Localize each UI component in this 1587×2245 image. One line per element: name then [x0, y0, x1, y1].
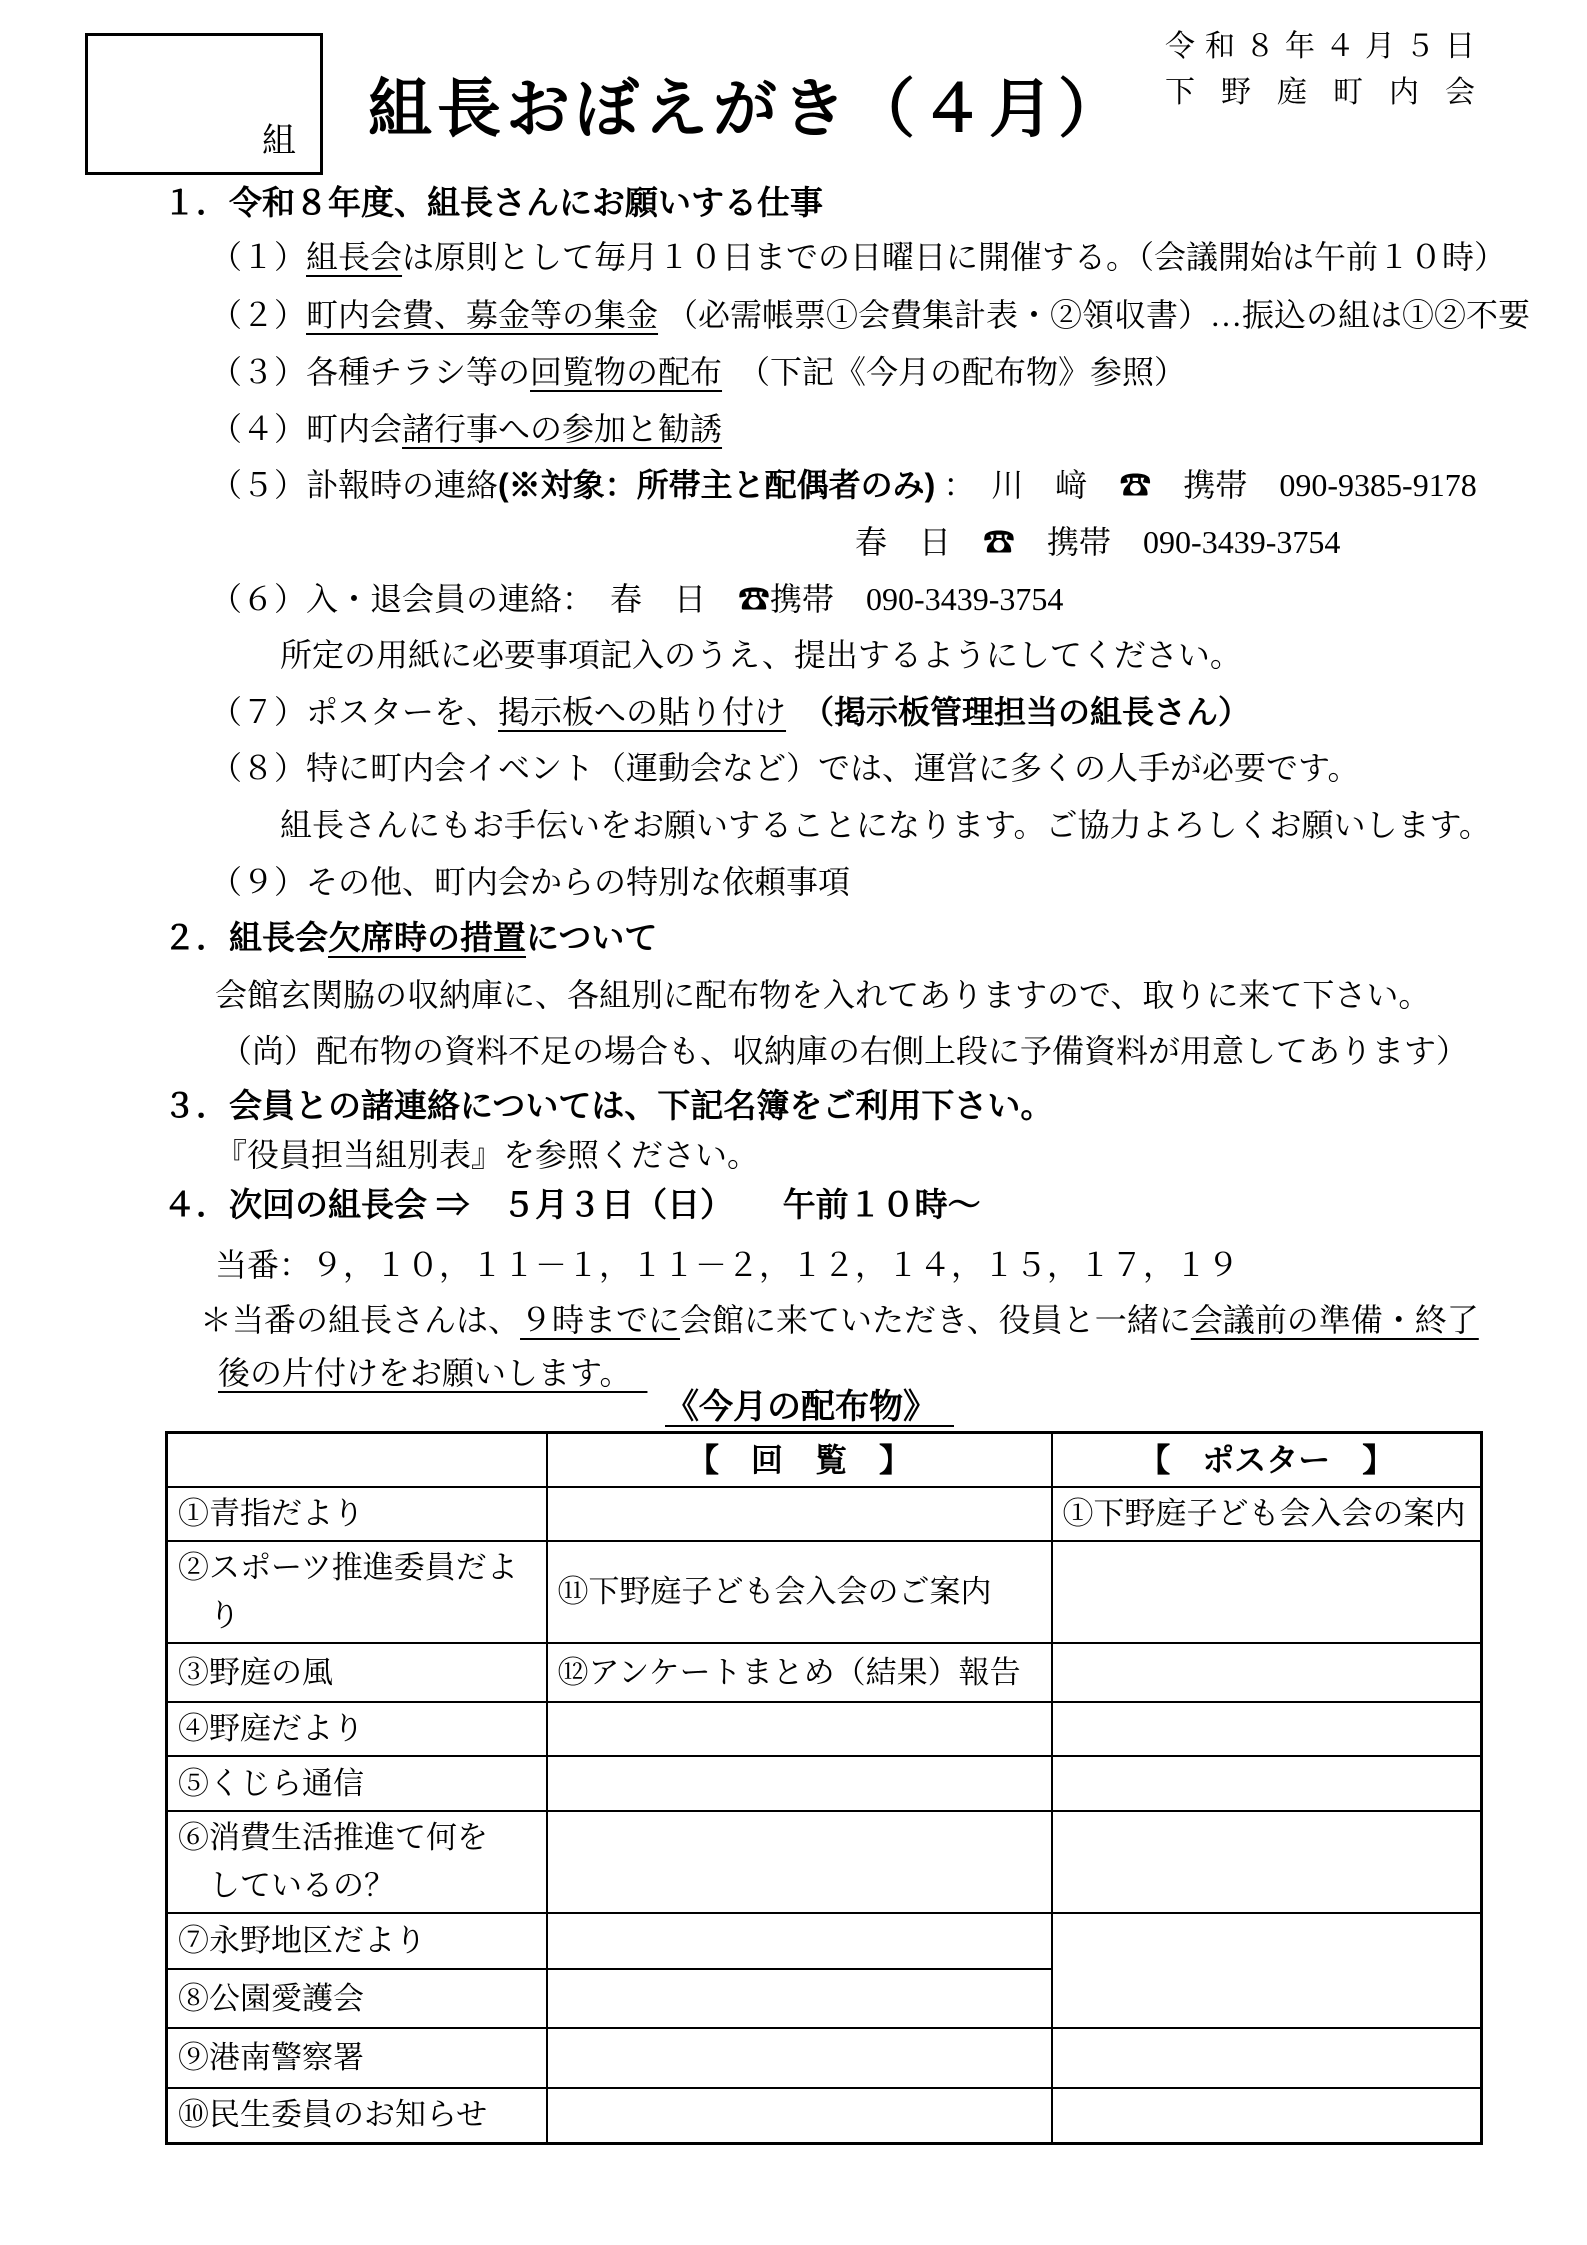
- cell-item: ③野庭の風: [167, 1643, 547, 1702]
- text-segment: （１）: [210, 239, 306, 275]
- text-segment: ２．組長会: [163, 919, 328, 956]
- cell-kairan: [547, 1811, 1052, 1913]
- section3-heading: ３．会員との諸連絡については、下記名簿をご利用下さい。: [163, 1085, 1053, 1127]
- section3-body: 『役員担当組別表』を参照ください。: [215, 1134, 759, 1176]
- group-box-label: 組: [262, 113, 296, 162]
- phone-icon: ☎: [1119, 467, 1151, 503]
- section4-duty-list: 当番：９，１０，１１－１，１１－２，１２，１４，１５，１７，１９: [215, 1244, 1239, 1286]
- header-cell-kairan: 【 回 覧 】: [547, 1433, 1052, 1488]
- table-header-row: 【 回 覧 】 【 ポスター 】: [167, 1433, 1482, 1488]
- text-segment: について: [526, 919, 657, 956]
- section1-item-8-cont: 組長さんにもお手伝いをお願いすることになります。ご協力よろしくお願いします。: [280, 804, 1491, 846]
- text-segment: （６）入・退会員の連絡： 春 日: [210, 581, 738, 617]
- text-segment: 掲示板への貼り付け: [498, 694, 786, 730]
- text-segment: １．令和８年度、組長さんにお願いする仕事: [163, 184, 823, 221]
- section1-item-6: （６）入・退会員の連絡： 春 日 ☎携帯 090-3439-3754: [210, 578, 1063, 620]
- text-segment: 後の片付けをお願いします。: [218, 1355, 647, 1391]
- table-row: ⑩民生委員のお知らせ: [167, 2088, 1482, 2143]
- cell-item: ①青指だより: [167, 1487, 547, 1541]
- table-row: ⑨港南警察署: [167, 2028, 1482, 2088]
- text-segment: （２）: [210, 297, 306, 333]
- text-segment: 会館玄関脇の収納庫に、各組別に配布物を入れてありますので、取りに来て下さい。: [215, 977, 1430, 1013]
- section1-item-2: （２）町内会費、募金等の集金 （必需帳票①会費集計表・②領収書）…振込の組は①②…: [210, 294, 1530, 336]
- cell-kairan: [547, 1756, 1052, 1811]
- phone-icon: ☎: [983, 524, 1015, 560]
- text-segment: 『役員担当組別表』を参照ください。: [215, 1137, 759, 1173]
- text-segment: （尚）配布物の資料不足の場合も、収納庫の右側上段に予備資料が用意してあります）: [220, 1033, 1468, 1069]
- cell-poster: ①下野庭子ども会入会の案内: [1052, 1487, 1482, 1541]
- text-segment: は原則として毎月１０日までの日曜日に開催する。（会議開始は午前１０時）: [402, 239, 1506, 275]
- section4-note-line2: 後の片付けをお願いします。: [218, 1352, 647, 1394]
- text-segment: 町内会費、募金等の集金: [306, 297, 658, 333]
- text-segment: （掲示板管理担当の組長さん）: [818, 694, 1250, 730]
- monthly-distribution-table: 【 回 覧 】 【 ポスター 】 ①青指だより ①下野庭子ども会入会の案内 ②ス…: [165, 1431, 1483, 2145]
- table-row: ④野庭だより: [167, 1702, 1482, 1756]
- cell-item: ⑨港南警察署: [167, 2028, 547, 2088]
- table-row: ⑥消費生活推進て何を しているの？: [167, 1811, 1482, 1913]
- text-segment: 携帯 090-3439-3754: [770, 581, 1063, 617]
- cell-kairan: [547, 1487, 1052, 1541]
- cell-kairan: [547, 2028, 1052, 2088]
- table-row: ②スポーツ推進委員だよ り ⑪下野庭子ども会入会のご案内: [167, 1541, 1482, 1643]
- cell-poster: [1052, 2028, 1482, 2088]
- text-segment: ＊当番の組長さんは、: [200, 1302, 520, 1338]
- header-cell-item: [167, 1433, 547, 1488]
- cell-kairan: ⑪下野庭子ども会入会のご案内: [547, 1541, 1052, 1643]
- section1-item-5: （５）訃報時の連絡(※対象：所帯主と配偶者のみ) ： 川 﨑 ☎ 携帯 090-…: [210, 464, 1477, 506]
- cell-poster: [1052, 1541, 1482, 1643]
- cell-item: ⑥消費生活推進て何を しているの？: [167, 1811, 547, 1913]
- section1-item-7: （７）ポスターを、掲示板への貼り付け （掲示板管理担当の組長さん）: [210, 691, 1250, 733]
- cell-poster: [1052, 2088, 1482, 2143]
- text-segment: 当番：９，１０，１１－１，１１－２，１２，１４，１５，１７，１９: [215, 1247, 1239, 1283]
- cell-item: ⑦永野地区だより: [167, 1913, 547, 1969]
- text-segment: [786, 694, 818, 730]
- section4-heading: ４．次回の組長会 ⇒ ５月３日（日） 午前１０時～: [163, 1184, 981, 1226]
- text-segment: 組長会: [306, 239, 402, 275]
- cell-item: ⑤くじら通信: [167, 1756, 547, 1811]
- text-segment: 諸行事への参加と勧誘: [402, 411, 722, 447]
- document-title: 組長おぼえがき（４月）: [368, 74, 1127, 144]
- table-row: ⑤くじら通信: [167, 1756, 1482, 1811]
- text-segment: 所定の用紙に必要事項記入のうえ、提出するようにしてください。: [280, 637, 1242, 673]
- cell-poster: [1052, 1756, 1482, 1811]
- section1-heading: １．令和８年度、組長さんにお願いする仕事: [163, 182, 823, 224]
- cell-poster-merged: [1052, 1913, 1482, 2028]
- section1-item-9: （９）その他、町内会からの特別な依頼事項: [210, 861, 850, 903]
- text-segment: （９）その他、町内会からの特別な依頼事項: [210, 864, 850, 900]
- text-segment: 組長さんにもお手伝いをお願いすることになります。ご協力よろしくお願いします。: [280, 807, 1491, 843]
- group-number-box: 組: [85, 33, 323, 175]
- header-cell-poster: 【 ポスター 】: [1052, 1433, 1482, 1488]
- cell-kairan: [547, 1702, 1052, 1756]
- cell-poster: [1052, 1643, 1482, 1702]
- cell-poster: [1052, 1811, 1482, 1913]
- distribution-table-title: 《今月の配布物》: [665, 1379, 954, 1428]
- table-row: ③野庭の風 ⑫アンケートまとめ（結果）報告: [167, 1643, 1482, 1702]
- text-segment: 携帯 090-9385-9178: [1151, 467, 1476, 503]
- text-segment: 携帯 090-3439-3754: [1015, 524, 1340, 560]
- text-segment: （５）訃報時の連絡: [210, 467, 498, 503]
- date-line: 令和８年４月５日: [1165, 24, 1475, 70]
- date-block: 令和８年４月５日 下野庭町内会: [1165, 24, 1475, 116]
- document-page: 組 組長おぼえがき（４月） 令和８年４月５日 下野庭町内会 １．令和８年度、組長…: [0, 0, 1587, 2245]
- text-segment: 春 日: [855, 524, 983, 560]
- section1-item-8: （８）特に町内会イベント（運動会など）では、運営に多くの人手が必要です。: [210, 747, 1359, 789]
- cell-poster: [1052, 1702, 1482, 1756]
- section1-item-5-phone2: 春 日 ☎ 携帯 090-3439-3754: [855, 521, 1340, 563]
- section1-item-1: （１）組長会は原則として毎月１０日までの日曜日に開催する。（会議開始は午前１０時…: [210, 236, 1506, 278]
- text-segment: （下記《今月の配布物》参照）: [722, 354, 1186, 390]
- text-segment: 回覧物の配布: [530, 354, 722, 390]
- table-row: ①青指だより ①下野庭子ども会入会の案内: [167, 1487, 1482, 1541]
- section1-item-6-cont: 所定の用紙に必要事項記入のうえ、提出するようにしてください。: [280, 634, 1242, 676]
- cell-item: ⑧公園愛護会: [167, 1969, 547, 2028]
- table-row: ⑦永野地区だより: [167, 1913, 1482, 1969]
- text-segment: 欠席時の措置: [328, 919, 526, 956]
- cell-item: ②スポーツ推進委員だよ り: [167, 1541, 547, 1643]
- section1-item-3: （３）各種チラシ等の回覧物の配布 （下記《今月の配布物》参照）: [210, 351, 1186, 393]
- text-segment: ９時までに: [520, 1302, 680, 1338]
- phone-icon: ☎: [738, 581, 770, 617]
- cell-kairan: [547, 1913, 1052, 1969]
- text-segment: 会議前の準備・終了: [1191, 1302, 1479, 1338]
- text-segment: （必需帳票①会費集計表・②領収書）…振込の組は①②不要: [658, 297, 1530, 333]
- text-segment: （３）各種チラシ等の: [210, 354, 530, 390]
- text-segment: （８）特に町内会イベント（運動会など）では、運営に多くの人手が必要です。: [210, 750, 1359, 786]
- cell-item: ④野庭だより: [167, 1702, 547, 1756]
- text-segment: ３．会員との諸連絡については、下記名簿をご利用下さい。: [163, 1087, 1053, 1124]
- cell-kairan: ⑫アンケートまとめ（結果）報告: [547, 1643, 1052, 1702]
- section2-body-1: 会館玄関脇の収納庫に、各組別に配布物を入れてありますので、取りに来て下さい。: [215, 974, 1430, 1016]
- text-segment: （７）ポスターを、: [210, 694, 498, 730]
- section2-heading: ２．組長会欠席時の措置について: [163, 917, 657, 959]
- section2-body-2: （尚）配布物の資料不足の場合も、収納庫の右側上段に予備資料が用意してあります）: [220, 1030, 1468, 1072]
- text-segment: ４．次回の組長会 ⇒ ５月３日（日） 午前１０時～: [163, 1186, 981, 1223]
- text-segment: （４）町内会: [210, 411, 402, 447]
- text-segment: (※対象：所帯主と配偶者のみ): [498, 467, 935, 503]
- text-segment: 会館に来ていただき、役員と一緒に: [680, 1302, 1191, 1338]
- issuer-line: 下野庭町内会: [1165, 70, 1475, 116]
- cell-kairan: [547, 2088, 1052, 2143]
- cell-item: ⑩民生委員のお知らせ: [167, 2088, 547, 2143]
- section1-item-4: （４）町内会諸行事への参加と勧誘: [210, 408, 722, 450]
- cell-kairan: [547, 1969, 1052, 2028]
- section4-note-line1: ＊当番の組長さんは、９時までに会館に来ていただき、役員と一緒に会議前の準備・終了: [200, 1299, 1479, 1341]
- text-segment: ： 川 﨑: [935, 467, 1119, 503]
